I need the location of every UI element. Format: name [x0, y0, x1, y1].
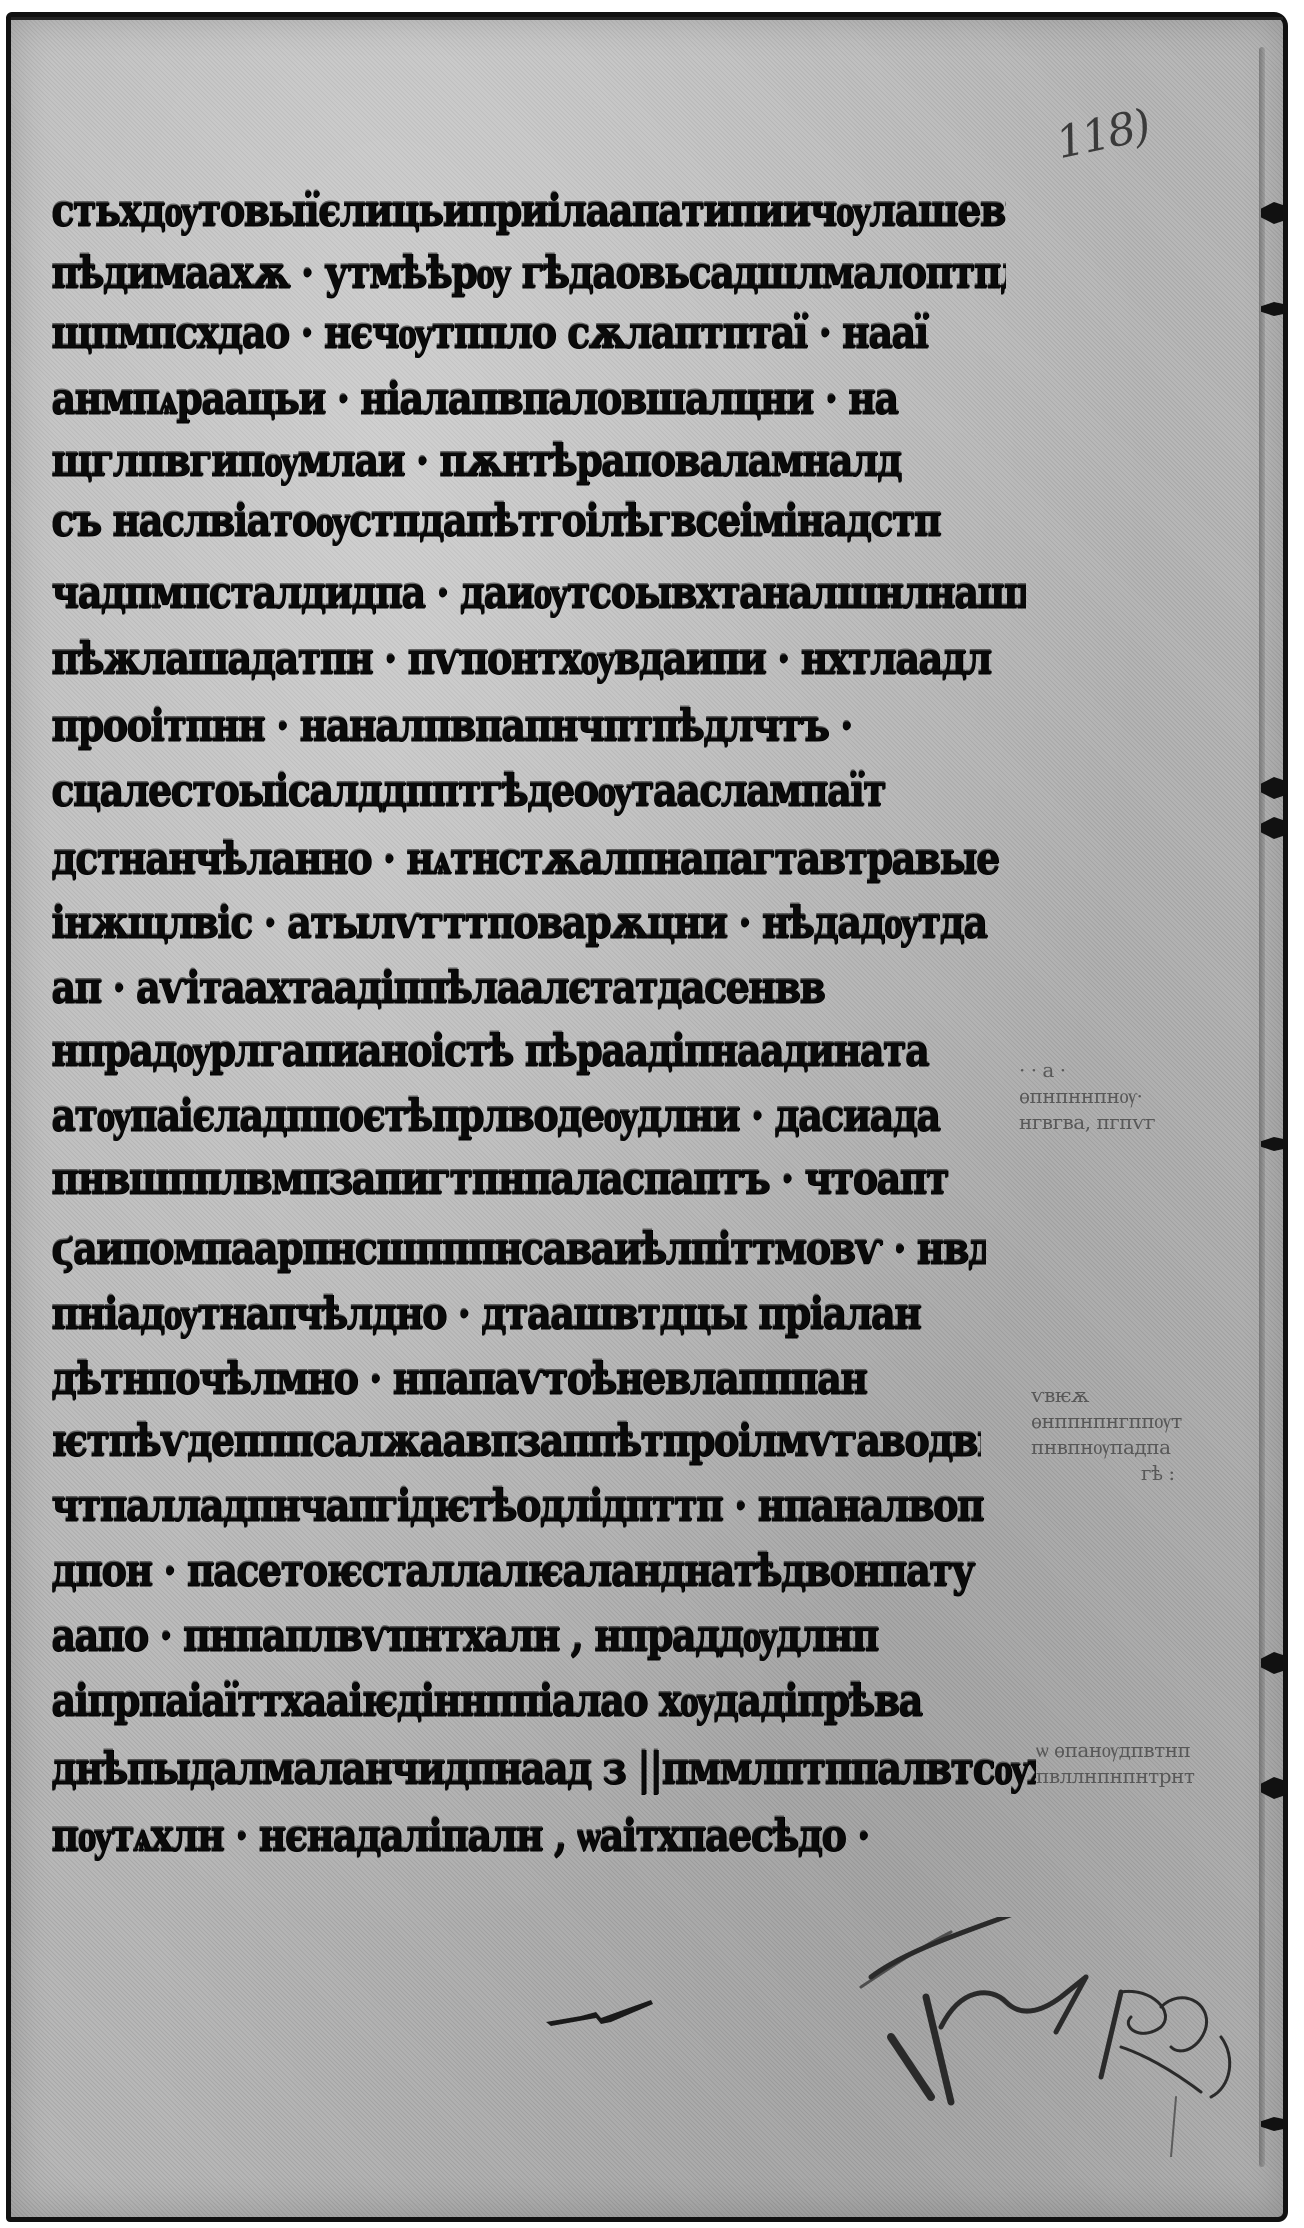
text-line: атѹпаієладппоєтѣпрлводеѹдлни · дасиада	[51, 1090, 956, 1154]
text-line: інжщлвіс · атылѵгттповарѫцни · нѣдадѹтда	[51, 897, 1016, 961]
text-line: съ наслвіатоѹстпдапѣтгоілѣгвсеімінадстп	[51, 495, 1011, 559]
text-line: прооітпнн · наналпвпапнчптпѣдлчтъ ·	[51, 700, 956, 764]
page-top-edge	[11, 17, 1283, 30]
folio-number: 118)	[1052, 100, 1154, 169]
text-line: днѣпыдалмаланчидпнаад з ||пммлптппалвтсѹ…	[51, 1743, 1036, 1807]
text-line: нпрадѹрлгапианоістѣ пѣраадіпнаадината	[51, 1025, 1011, 1089]
text-line: щглпвгипѹмлаи · пѫнтѣраповаламналд	[51, 435, 996, 499]
text-line: пѣдимаахѫ · утмѣѣрѹ гѣдаовьсадшлмалоптпд…	[51, 247, 1006, 311]
marginal-note-line: ѳпнпннпнѹ·	[1019, 1083, 1155, 1109]
marginal-note-line: · · а ·	[1019, 1057, 1155, 1083]
text-line: дѣтнпочѣлмно · нпапаѵтоѣневлапппан ,	[51, 1353, 871, 1417]
text-line: дстнанчѣланно · нѧтнстѫалпнапагтавтравые	[51, 833, 1036, 897]
text-line: чадпмпсталдидпа · даиѹтсоывхтаналшнлнашк	[51, 567, 1026, 631]
text-line: ап · аѵітаахтаадіппѣлаалєтатдасенвв	[51, 962, 1026, 1026]
marginal-note-line: ѡ ѳпанѹдпвтнп	[1036, 1737, 1194, 1763]
manuscript-folio: 118) стьхдѹтовыїєлицьиприілаапатипиичѹла…	[6, 12, 1288, 2222]
text-line: щпмпсхдао · нєчѹтппло сѫлаптптаї · нааї	[51, 307, 1001, 371]
marginal-note-line: пнвпнѹпадпа	[1031, 1434, 1182, 1460]
text-line: стьхдѹтовыїєлицьиприілаапатипиичѹлашевчю…	[51, 185, 1006, 249]
marginal-note-line: нгвгва, пгпѵг	[1019, 1109, 1155, 1135]
text-line: пѹтѧхлн · нєнадаліпалн , ѡаітхпаесѣдо ·	[51, 1810, 1011, 1874]
marginal-note: ѡ ѳпанѹдпвтнп пвллнпнпнтрнт	[1036, 1737, 1194, 1789]
text-line: пніадѹтнапчѣлдно · дтаашвтдцы пріалан	[51, 1288, 986, 1352]
text-line: дпон · пасетоѥсталлалѥаланднатѣдвонпату	[51, 1545, 986, 1609]
pen-stroke-mark	[541, 1992, 661, 2032]
text-line: ѥтпѣѵдепппсалжаавпзаппѣтпроілмѵгаводвн ·	[51, 1415, 981, 1479]
marginal-note: ѵвѥѫ ѳнппнпнгппѹт пнвпнѹпадпа гѣ :	[1031, 1382, 1182, 1486]
text-line: чтпалладпнчапгідѥтѣодлідпттп · нпаналвоп	[51, 1480, 991, 1544]
marginal-note-line: гѣ :	[1031, 1460, 1182, 1486]
text-line: аапо · пнпаплвѵпнтхалн , нпраддѹдлнп	[51, 1610, 996, 1674]
marginal-note-line: ѵвѥѫ	[1031, 1382, 1182, 1408]
text-line: пѣжлашадатпн · пѵпонтхѹвдаипи · нхтлаадл	[51, 633, 1011, 697]
marginal-note: · · а · ѳпнпннпнѹ· нгвгва, пгпѵг	[1019, 1057, 1155, 1135]
marginal-note-line: ѳнппнпнгппѹт	[1031, 1408, 1182, 1434]
page-fold-gutter	[1259, 47, 1265, 2167]
text-line: пнвшпплвмпзапигтпнпаласпаптъ · чтоапт	[51, 1153, 956, 1217]
text-line: ϛаипомпаарпнсшпппнсаваиѣлпіттмовѵ · нвда…	[51, 1223, 986, 1287]
marginal-note-line: пвллнпнпнтрнт	[1036, 1763, 1194, 1789]
signature-scribble	[831, 1917, 1251, 2157]
text-line: аіпрпаіаїттхааіѥдіннппіалао хѹдадіпрѣва	[51, 1675, 1001, 1739]
text-line: сцалестоыісалддпптгѣдеоѹтааслампаїт	[51, 765, 1031, 829]
text-line: анмпѧраацьи · ніалапвпаловшалцни · на	[51, 373, 1001, 437]
